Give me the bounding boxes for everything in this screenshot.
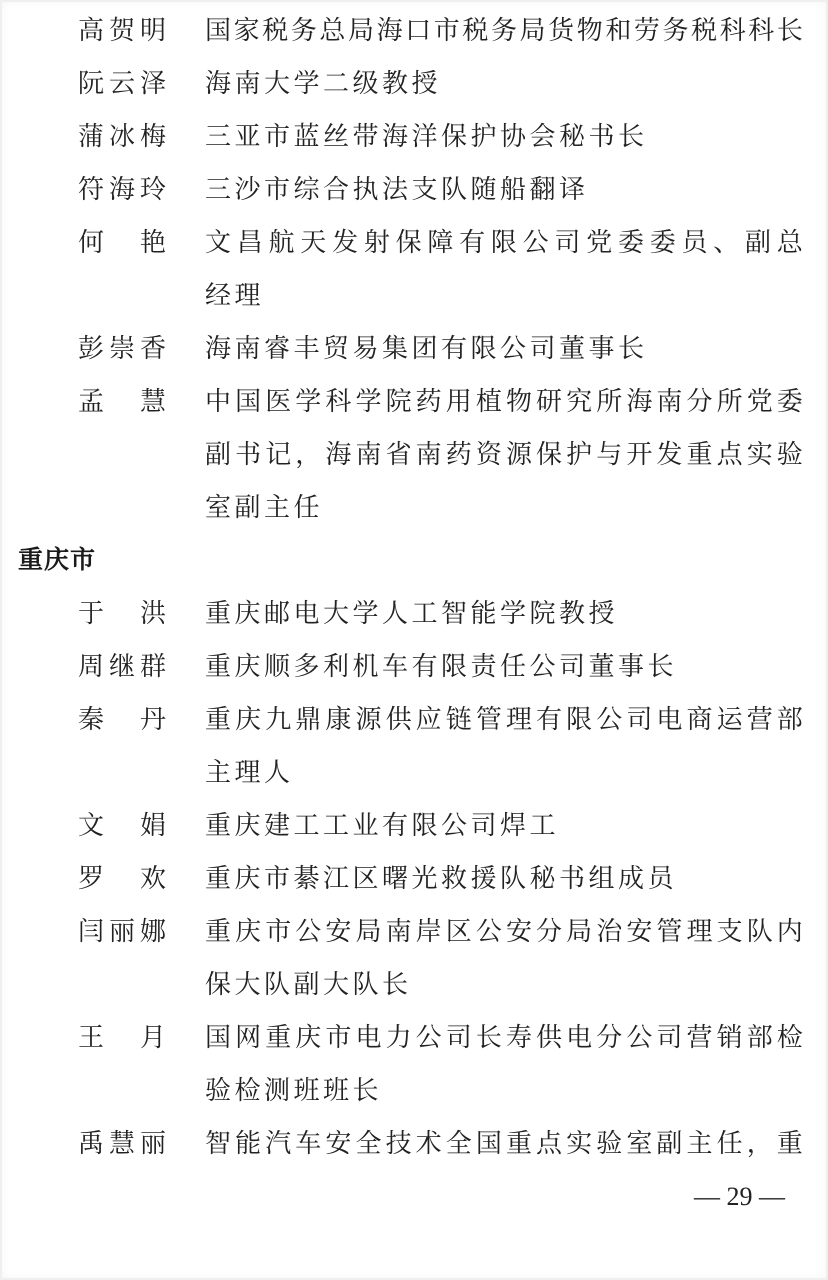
title-line: 重庆市公安局南岸区公安分局治安管理支队内 (205, 905, 803, 958)
title-line: 重庆建工工业有限公司焊工 (205, 799, 803, 852)
title-line: 验检测班班长 (205, 1064, 803, 1117)
person-name: 孟慧 (78, 375, 166, 428)
title-line: 三沙市综合执法支队随船翻译 (205, 163, 803, 216)
person-name: 阮云泽 (78, 57, 166, 110)
title-line: 保大队副大队长 (205, 958, 803, 1011)
person-name: 闫丽娜 (78, 905, 166, 958)
title-line: 重庆邮电大学人工智能学院教授 (205, 587, 803, 640)
section-header-chongqing: 重庆市 (18, 534, 828, 587)
person-title: 国网重庆市电力公司长寿供电分公司营销部检 验检测班班长 (205, 1011, 803, 1117)
person-name: 罗欢 (78, 852, 166, 905)
title-line: 海南大学二级教授 (205, 57, 803, 110)
title-line: 重庆九鼎康源供应链管理有限公司电商运营部 (205, 693, 803, 746)
person-name: 禹慧丽 (78, 1117, 166, 1170)
list-item: 孟慧 中国医学科学院药用植物研究所海南分所党委 副书记，海南省南药资源保护与开发… (78, 375, 828, 534)
person-name: 王月 (78, 1011, 166, 1064)
title-line: 室副主任 (205, 481, 803, 534)
person-title: 文昌航天发射保障有限公司党委委员、副总 经理 (205, 216, 803, 322)
title-line: 副书记，海南省南药资源保护与开发重点实验 (205, 428, 803, 481)
list-item: 秦丹 重庆九鼎康源供应链管理有限公司电商运营部 主理人 (78, 693, 828, 799)
title-line: 国网重庆市电力公司长寿供电分公司营销部检 (205, 1011, 803, 1064)
title-line: 国家税务总局海口市税务局货物和劳务税科科长 (205, 4, 803, 57)
person-name: 彭崇香 (78, 322, 166, 375)
list-item: 文娟 重庆建工工业有限公司焊工 (78, 799, 828, 852)
title-line: 海南睿丰贸易集团有限公司董事长 (205, 322, 803, 375)
person-title: 重庆顺多利机车有限责任公司董事长 (205, 640, 803, 693)
list-item: 何艳 文昌航天发射保障有限公司党委委员、副总 经理 (78, 216, 828, 322)
document-page: 高贺明 国家税务总局海口市税务局货物和劳务税科科长 阮云泽 海南大学二级教授 蒲… (0, 0, 828, 1280)
title-line: 文昌航天发射保障有限公司党委委员、副总 (205, 216, 803, 269)
person-name: 秦丹 (78, 693, 166, 746)
list-item: 禹慧丽 智能汽车安全技术全国重点实验室副主任，重 (78, 1117, 828, 1170)
title-line: 中国医学科学院药用植物研究所海南分所党委 (205, 375, 803, 428)
person-title: 重庆市公安局南岸区公安分局治安管理支队内 保大队副大队长 (205, 905, 803, 1011)
person-title: 重庆市綦江区曙光救援队秘书组成员 (205, 852, 803, 905)
list-item: 罗欢 重庆市綦江区曙光救援队秘书组成员 (78, 852, 828, 905)
title-line: 主理人 (205, 746, 803, 799)
person-name: 高贺明 (78, 4, 166, 57)
person-title: 智能汽车安全技术全国重点实验室副主任，重 (205, 1117, 803, 1170)
person-name: 符海玲 (78, 163, 166, 216)
person-title: 三沙市综合执法支队随船翻译 (205, 163, 803, 216)
list-item: 符海玲 三沙市综合执法支队随船翻译 (78, 163, 828, 216)
list-item: 于洪 重庆邮电大学人工智能学院教授 (78, 587, 828, 640)
person-name: 蒲冰梅 (78, 110, 166, 163)
list-item: 彭崇香 海南睿丰贸易集团有限公司董事长 (78, 322, 828, 375)
person-name: 文娟 (78, 799, 166, 852)
list-item: 蒲冰梅 三亚市蓝丝带海洋保护协会秘书长 (78, 110, 828, 163)
title-line: 重庆顺多利机车有限责任公司董事长 (205, 640, 803, 693)
person-title: 海南睿丰贸易集团有限公司董事长 (205, 322, 803, 375)
list-item: 阮云泽 海南大学二级教授 (78, 57, 828, 110)
list-item: 闫丽娜 重庆市公安局南岸区公安分局治安管理支队内 保大队副大队长 (78, 905, 828, 1011)
title-line: 重庆市綦江区曙光救援队秘书组成员 (205, 852, 803, 905)
person-title: 国家税务总局海口市税务局货物和劳务税科科长 (205, 4, 803, 57)
title-line: 智能汽车安全技术全国重点实验室副主任，重 (205, 1117, 803, 1170)
person-title: 海南大学二级教授 (205, 57, 803, 110)
person-name: 于洪 (78, 587, 166, 640)
person-title: 重庆建工工业有限公司焊工 (205, 799, 803, 852)
person-name: 周继群 (78, 640, 166, 693)
person-title: 三亚市蓝丝带海洋保护协会秘书长 (205, 110, 803, 163)
person-title: 重庆邮电大学人工智能学院教授 (205, 587, 803, 640)
list-item: 王月 国网重庆市电力公司长寿供电分公司营销部检 验检测班班长 (78, 1011, 828, 1117)
list-item: 高贺明 国家税务总局海口市税务局货物和劳务税科科长 (78, 4, 828, 57)
person-name: 何艳 (78, 216, 166, 269)
list-item: 周继群 重庆顺多利机车有限责任公司董事长 (78, 640, 828, 693)
person-title: 重庆九鼎康源供应链管理有限公司电商运营部 主理人 (205, 693, 803, 799)
page-number: — 29 — (0, 1170, 828, 1223)
title-line: 三亚市蓝丝带海洋保护协会秘书长 (205, 110, 803, 163)
title-line: 经理 (205, 269, 803, 322)
person-title: 中国医学科学院药用植物研究所海南分所党委 副书记，海南省南药资源保护与开发重点实… (205, 375, 803, 534)
